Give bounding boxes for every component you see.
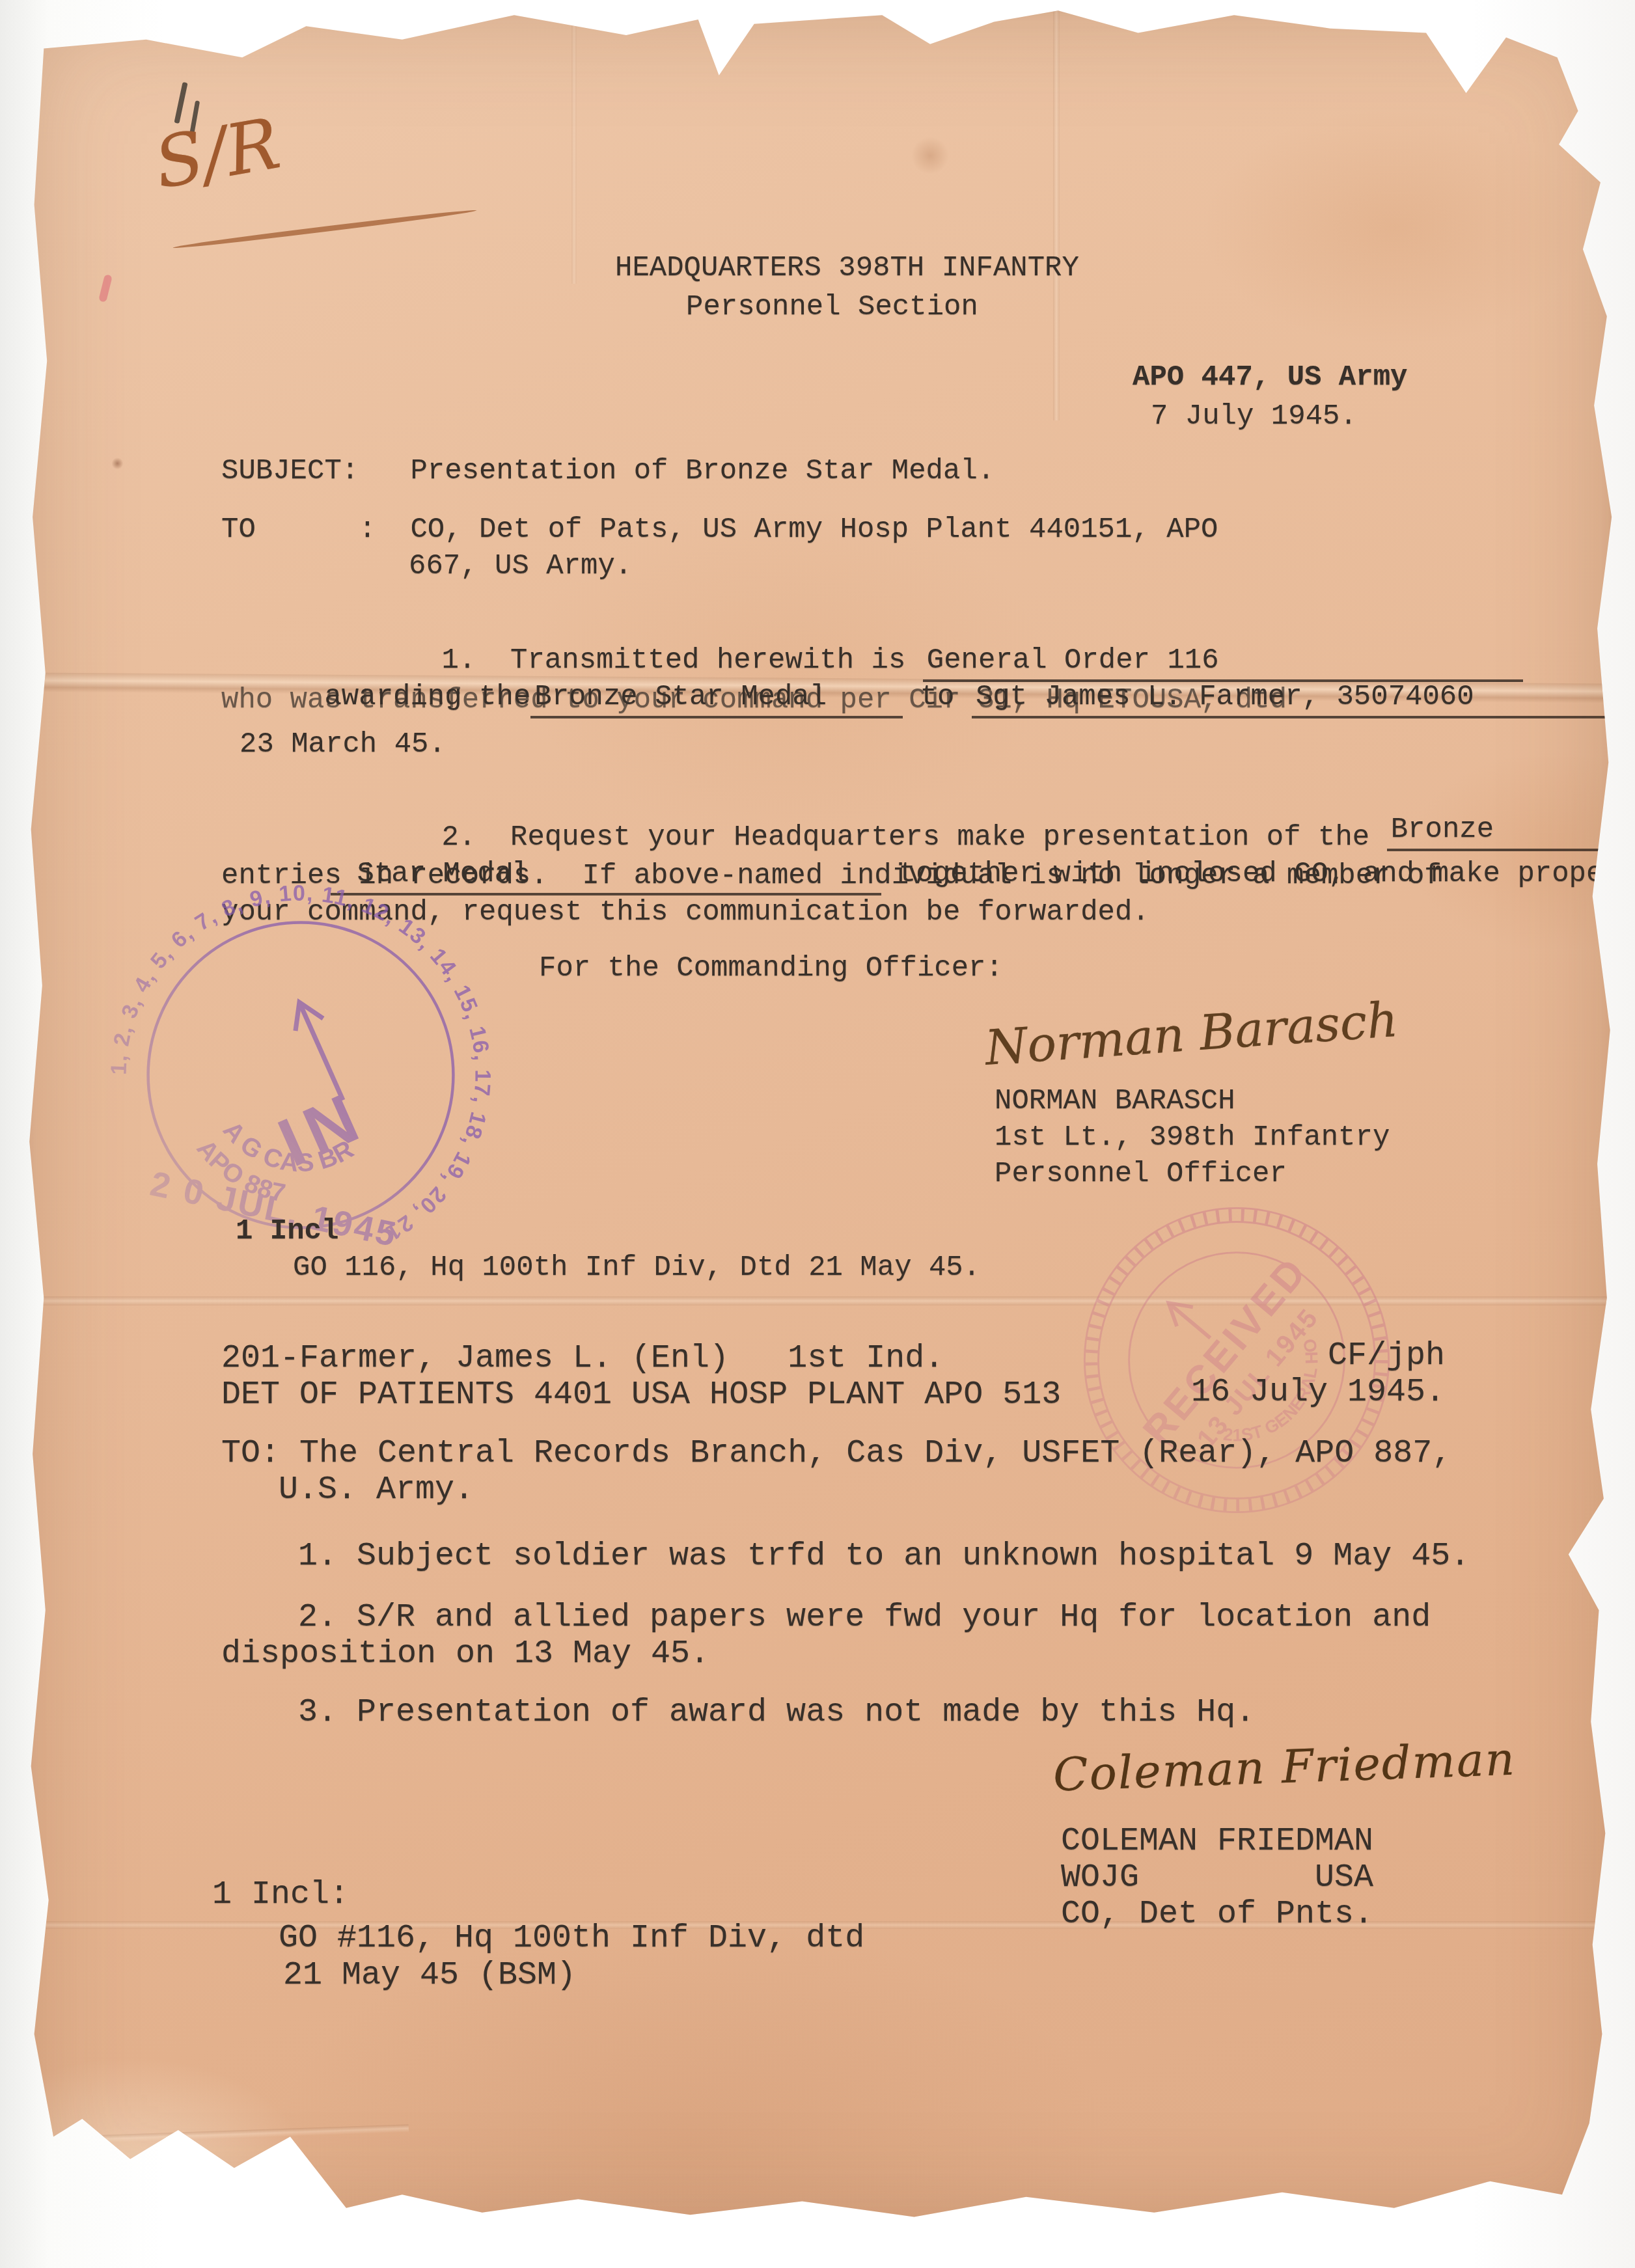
letterhead-line2: Personnel Section [686, 290, 978, 325]
document-paper: S/R HEADQUARTERS 398TH INFANTRY Personne… [18, 4, 1618, 2235]
para1-line3: who was transferred to your command per … [221, 683, 1287, 718]
in-stamp-org1: A G CAS BR [217, 1116, 359, 1178]
signer2-rank-line: WOJG USA [1061, 1859, 1373, 1898]
received-stamp-word: RECEIVED [1134, 1248, 1317, 1453]
endorsement-initials: CF/jph [1328, 1337, 1445, 1376]
incl2-item2: 21 May 45 (BSM) [283, 1956, 576, 1995]
scan-background: S/R HEADQUARTERS 398TH INFANTRY Personne… [0, 0, 1635, 2268]
endorsement-to-line2: U.S. Army. [279, 1471, 474, 1510]
in-stamp-org2: APO 887 [191, 1134, 288, 1208]
signer2-name: COLEMAN FRIEDMAN [1061, 1822, 1373, 1861]
endorsement-unit-line: DET OF PATIENTS 4401 USA HOSP PLANT APO … [221, 1376, 1061, 1415]
endorsement-item2-line1: 2. S/R and allied papers were fwd your H… [298, 1598, 1431, 1637]
to-line2: 667, US Army. [409, 549, 632, 584]
endorsement-date: 16 July 1945. [1191, 1373, 1445, 1412]
up-arrow-icon [1161, 1294, 1218, 1348]
vertical-crease-right [1053, 4, 1060, 420]
up-arrow-icon [286, 996, 357, 1106]
incl1-item: GO 116, Hq 100th Inf Div, Dtd 21 May 45. [293, 1251, 980, 1285]
signer1-title1: 1st Lt., 398th Infantry [995, 1121, 1390, 1155]
apo-line: APO 447, US Army [1133, 361, 1407, 395]
fold-crease-middle [18, 1296, 1618, 1305]
signer1-name: NORMAN BARASCH [995, 1084, 1235, 1119]
endorsement-item3: 3. Presentation of award was not made by… [298, 1693, 1255, 1732]
endorsement-item2-line2: disposition on 13 May 45. [221, 1635, 709, 1674]
date-line: 7 July 1945. [1151, 400, 1357, 434]
subject-line: SUBJECT: Presentation of Bronze Star Med… [221, 454, 995, 489]
in-stamp-number-ring: 1, 2, 3, 4, 5, 6, 7, 8, 9, 10, 11, 12, 1… [106, 881, 495, 1246]
signature-coleman-friedman: Coleman Friedman [1052, 1732, 1517, 1802]
incl2-item1: GO #116, Hq 100th Inf Div, dtd [279, 1919, 864, 1958]
para2-line3: entries in records. If above-named indiv… [221, 859, 1442, 894]
para1-line4: 23 March 45. [240, 728, 446, 762]
endorsement-to-line1: TO: The Central Records Branch, Cas Div,… [221, 1434, 1451, 1473]
incl2-label: 1 Incl: [212, 1876, 349, 1915]
closing-line: For the Commanding Officer: [539, 951, 1003, 986]
in-stamp-word: IN [268, 1076, 376, 1181]
to-line1: TO : CO, Det of Pats, US Army Hosp Plant… [221, 513, 1218, 547]
signature-norman-barasch: Norman Barasch [983, 992, 1400, 1076]
routing-mark-handwritten: S/R [149, 103, 286, 204]
vertical-crease-left [571, 4, 577, 284]
incl1-label: 1 Incl [236, 1214, 338, 1249]
endorsement-item1: 1. Subject soldier was trfd to an unknow… [298, 1537, 1470, 1576]
letterhead-line1: HEADQUARTERS 398TH INFANTRY [615, 251, 1079, 286]
routing-mark-underline [172, 208, 476, 250]
tear-crease-bottom-left [44, 2124, 409, 2145]
signer2-title: CO, Det of Pnts. [1061, 1895, 1373, 1934]
received-stamp-org: 21ST GENERAL HOSPITAL [1074, 1197, 1347, 1523]
endorsement-ref-line: 201-Farmer, James L. (Enl) 1st Ind. [221, 1339, 944, 1378]
signer1-title2: Personnel Officer [995, 1157, 1287, 1192]
in-stamp-circle [148, 923, 454, 1228]
pink-mark [98, 274, 113, 303]
para2-line4: your command, request this communication… [221, 895, 1149, 930]
